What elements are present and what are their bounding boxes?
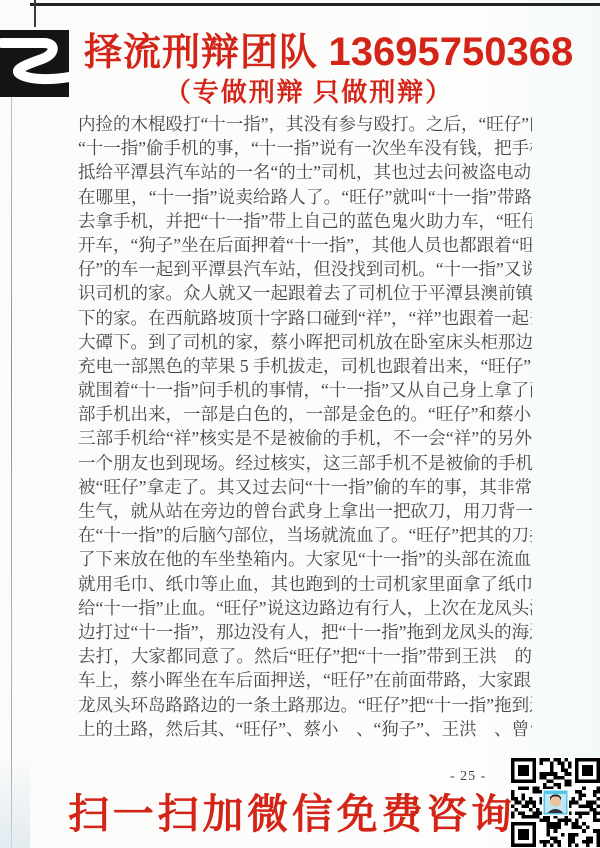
footer-cta-text: 扫一扫加微信免费咨询 [68, 788, 512, 840]
body-line: “十一指”偷手机的事，“十一指”说有一次坐车没有钱，把手机 [78, 136, 532, 160]
body-line: 边打过“十一指”，那边没有人，把“十一指”拖到龙凤头的海边 [78, 620, 532, 644]
body-line: 三部手机给“祥”核实是不是被偷的手机，不一会“祥”的另外 [78, 426, 532, 450]
body-line: 仔”的车一起到平潭县汽车站，但没找到司机。“十一指”又说认 [78, 257, 532, 281]
body-line: 在哪里，“十一指”说卖给路人了。“旺仔”就叫“十一指”带路 [78, 185, 532, 209]
body-line: 大磹下。到了司机的家，蔡小晖把司机放在卧室床头柜那边正在 [78, 330, 532, 354]
scan-crease-left [11, 55, 12, 848]
body-line: 部手机出来，一部是白色的，一部是金色的。“旺仔”和蔡小 把 [78, 402, 532, 426]
body-line: 识司机的家。众人就又一起跟着去了司机位于平潭县澳前镇大磹 [78, 281, 532, 305]
page-number: - 25 - [450, 769, 520, 785]
scan-corner-smudge [0, 753, 30, 848]
header-title: 择流刑辩团队 13695750368 [84, 27, 564, 77]
body-line: 抵给平潭县汽车站的一名“的士”司机，其也过去问被盗电动车 [78, 160, 532, 184]
body-line: 在“十一指”的后脑勺部位，当场就流血了。“旺仔”把其的刀抢 [78, 523, 532, 547]
body-line: 去打，大家都同意了。然后“旺仔”把“十一指”带到王洪 的 [78, 644, 532, 668]
body-line: 就围着“十一指”问手机的事情，“十一指”又从自己身上拿了两 [78, 378, 532, 402]
body-line: 给“十一指”止血。“旺仔”说这边路边有行人，上次在龙凤头海 [78, 596, 532, 620]
body-line: 一个朋友也到现场。经过核实，这三部手机不是被偷的手机，都 [78, 451, 532, 475]
body-line: 充电一部黑色的苹果 5 手机拔走，司机也跟着出来，“旺仔”等人 [78, 354, 532, 378]
body-line: 车上，蔡小晖坐在车后面押送，“旺仔”在前面带路，大家跟着到 [78, 668, 532, 692]
scan-edge-top [30, 3, 600, 6]
team-name: 择流刑辩团队 [84, 32, 318, 74]
body-line: 去拿手机，并把“十一指”带上自己的蓝色鬼火助力车，“旺仔” [78, 209, 532, 233]
body-text: 内捡的木棍殴打“十一指”，其没有参与殴打。之后，“旺仔”问“十一指”偷手机的事，… [78, 112, 532, 741]
law-firm-logo-icon [0, 30, 69, 97]
body-line: 被“旺仔”拿走了。其又过去问“十一指”偷的车的事，其非常 [78, 475, 532, 499]
scan-edge-tick [34, 0, 36, 27]
body-line: 上的土路，然后其、“旺仔”、蔡小 、“狗子”、王洪 、曾台 、 [78, 717, 532, 741]
document-page: 择流刑辩团队 13695750368 （专做刑辩 只做刑辩） 内捡的木棍殴打“十… [0, 0, 600, 848]
body-line: 开车，“狗子”坐在后面押着“十一指”，其他人员也都跟着“旺 [78, 233, 532, 257]
wechat-qr-code-icon [511, 757, 600, 848]
header-subtitle: （专做刑辩 只做刑辩） [84, 72, 534, 109]
body-line: 内捡的木棍殴打“十一指”，其没有参与殴打。之后，“旺仔”问 [78, 112, 532, 136]
phone-number: 13695750368 [329, 30, 574, 74]
body-line: 下的家。在西航路坡顶十字路口碰到“祥”，“祥”也跟着一起去 [78, 306, 532, 330]
body-line: 龙凤头环岛路路边的一条土路那边。“旺仔”把“十一指”拖到边 [78, 693, 532, 717]
body-line: 了下来放在他的车坐垫箱内。大家见“十一指”的头部在流血， [78, 547, 532, 571]
body-line: 生气，就从站在旁边的曾台武身上拿出一把砍刀，用刀背一刀砍 [78, 499, 532, 523]
body-line: 就用毛巾、纸巾等止血，其也跑到的士司机家里面拿了纸巾出来 [78, 572, 532, 596]
